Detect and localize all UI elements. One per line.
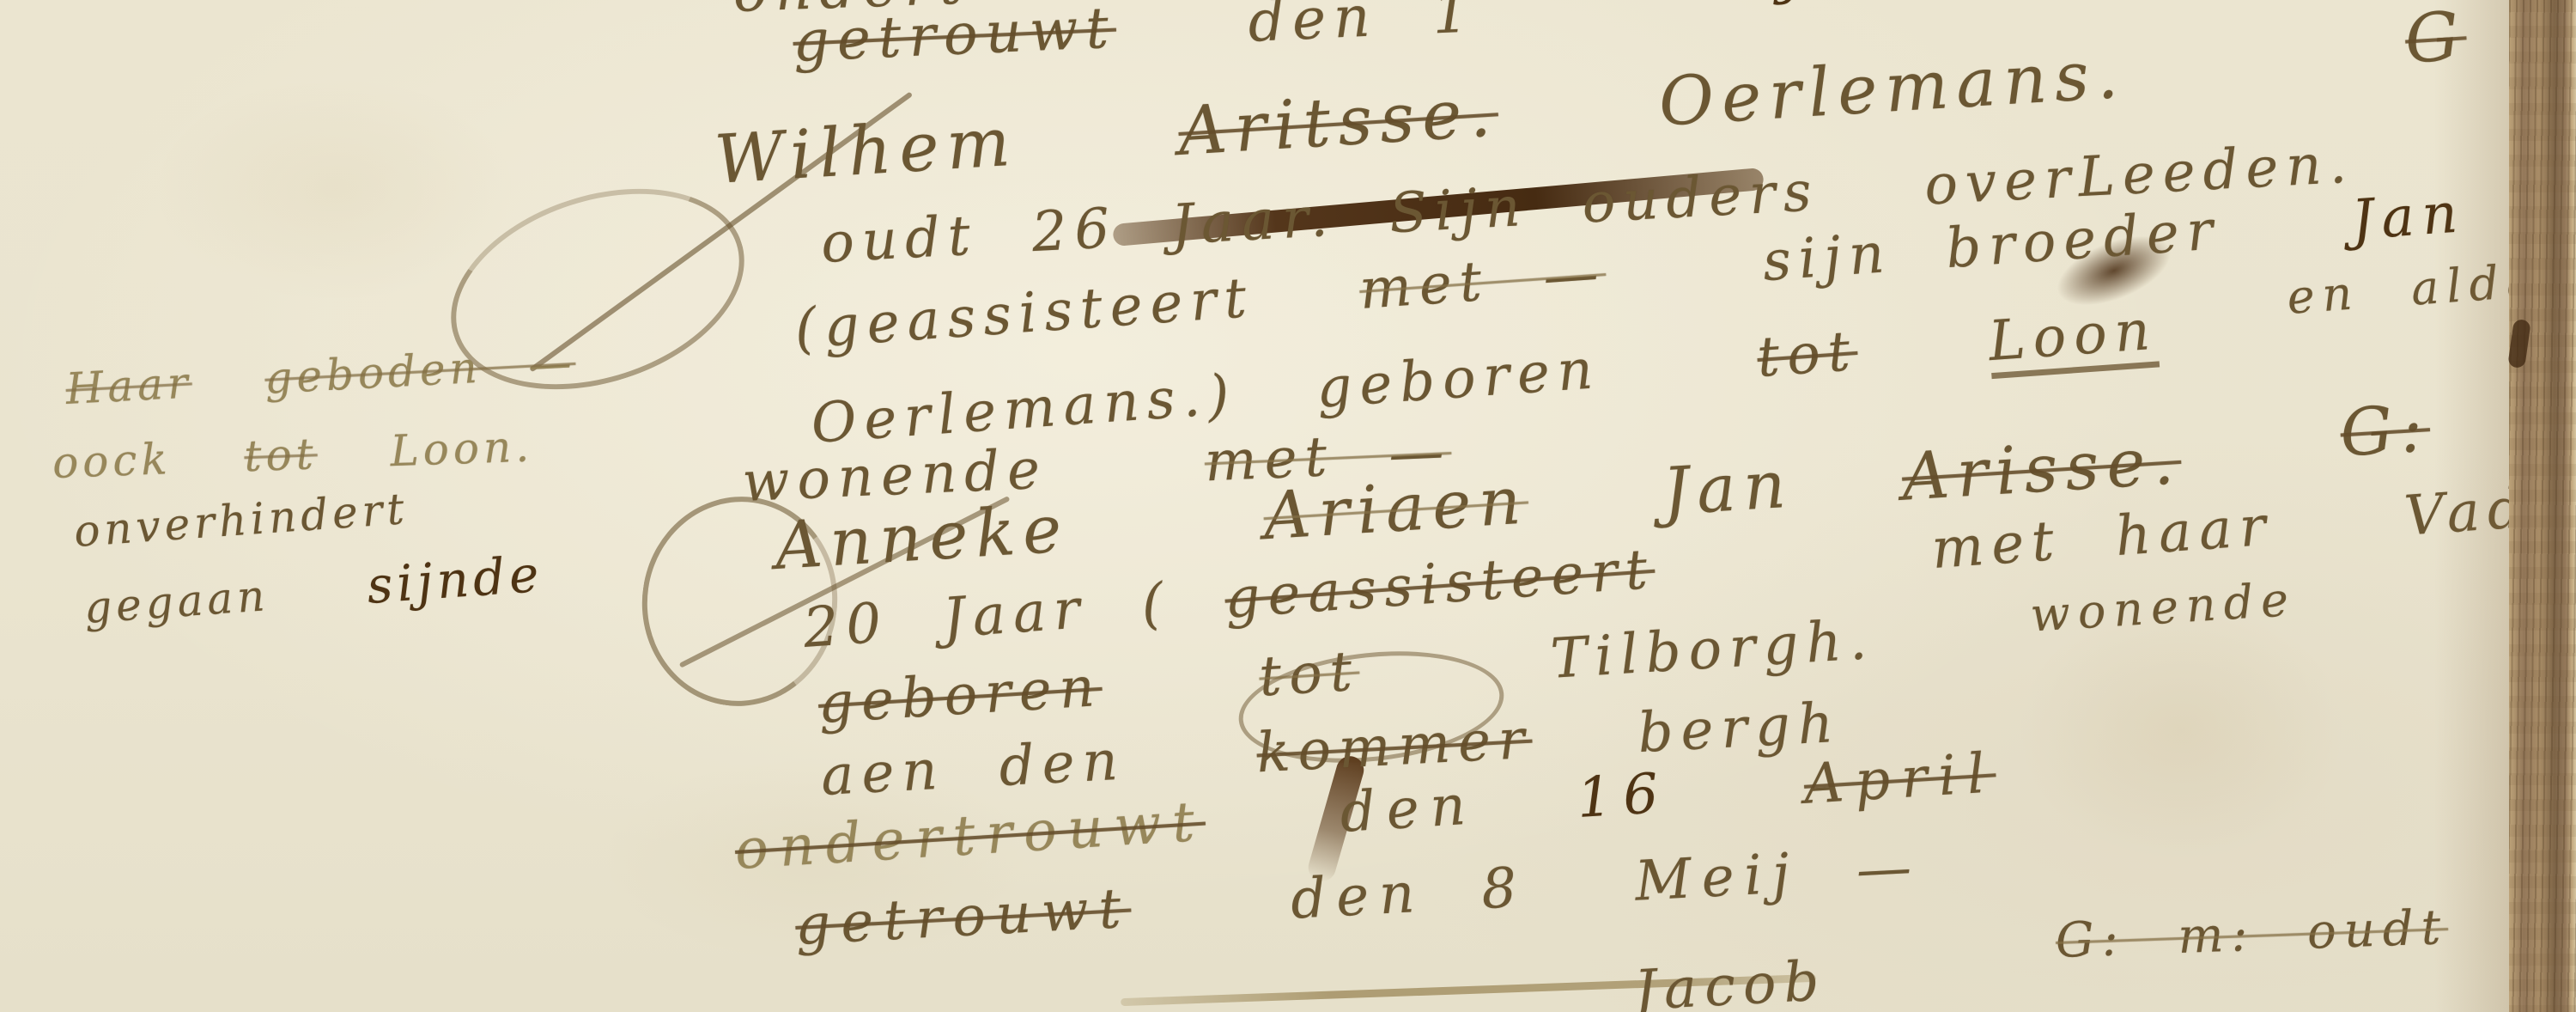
- bride-assist1: geassisteert: [1223, 542, 1656, 627]
- manuscript-page: ondert getrouwt den 1 Mey Wilhem Aritsse…: [0, 0, 2576, 1012]
- next-entry-abbrev-text: G: m: oudt: [2055, 904, 2449, 966]
- groom-surname: Oerlemans.: [1657, 41, 2128, 137]
- margin-word: oock: [52, 437, 172, 485]
- gutter-shadow: [2434, 0, 2512, 1012]
- margin-word: tot: [244, 432, 319, 478]
- bride-living-label: wonende: [2029, 576, 2298, 639]
- margin-word: onverhindert: [73, 487, 410, 553]
- bride-patronym2: Jan: [1661, 452, 1795, 525]
- addr-kommer: kommer: [1255, 712, 1534, 782]
- betrothed-label: ondertrouwt: [733, 795, 1207, 878]
- bride-patronym3: Arisse.: [1900, 428, 2184, 510]
- margin-note-line3: onverhindert: [73, 487, 410, 553]
- married-day: den 1: [1247, 0, 1477, 51]
- born-tot: tot: [1755, 324, 1859, 386]
- bride-born-tot: tot: [1258, 644, 1362, 705]
- married-day: den 8: [1290, 860, 1528, 927]
- married-label: getrouwt: [792, 0, 1117, 70]
- betrothed-day: den: [1339, 777, 1479, 841]
- next-entry-name: Jacob: [1633, 954, 1828, 1012]
- margin-word: Haar: [64, 361, 193, 411]
- next-entry-abbrev: G: m: oudt: [2055, 904, 2449, 966]
- bride-abbrev-g: G:: [2338, 395, 2432, 466]
- addr-aen-den: aen den: [820, 734, 1127, 804]
- bride-born-label: geboren: [817, 660, 1103, 732]
- paper-stain: [155, 77, 515, 301]
- margin-word: geboden —: [264, 341, 577, 400]
- born-place: Loon: [1987, 303, 2160, 380]
- assist-met: met —: [1358, 246, 1607, 318]
- margin-word: Loon.: [390, 424, 534, 472]
- margin-note-line1: Haar geboden —: [64, 341, 576, 411]
- addr-bergh: bergh: [1637, 696, 1843, 761]
- married-label: getrouwt: [794, 881, 1133, 954]
- betrothed-month: April: [1802, 746, 1997, 813]
- bride-first-name: Anneke: [773, 496, 1071, 579]
- bride-age-text: 20 Jaar (: [802, 576, 1173, 656]
- born-label: geboren: [1315, 342, 1602, 417]
- bride-born-place: Tilborgh.: [1549, 613, 1875, 687]
- married-month: Mey: [1666, 0, 1815, 7]
- margin-word: gegaan: [82, 574, 270, 630]
- page-left-edge: [0, 0, 31, 1012]
- margin-note-line4: gegaan sijnde: [82, 549, 544, 631]
- book-binding-edge: [2509, 0, 2576, 1012]
- previous-entry-married-line: getrouwt den 1 Mey: [792, 0, 1816, 70]
- bride-patronym1: Ariaen: [1261, 467, 1530, 549]
- groom-first-name: Wilhem: [713, 109, 1019, 194]
- next-entry-partial-name: Jacob: [1633, 954, 1828, 1012]
- betrothed-num: 16: [1576, 766, 1671, 826]
- groom-patronym: Aritsse.: [1176, 79, 1500, 166]
- married-month: Meij —: [1634, 839, 1923, 909]
- margin-note-line2: oock tot Loon.: [52, 424, 534, 485]
- margin-word: sijnde: [365, 549, 544, 611]
- assist-open: (geassisteert: [793, 271, 1256, 357]
